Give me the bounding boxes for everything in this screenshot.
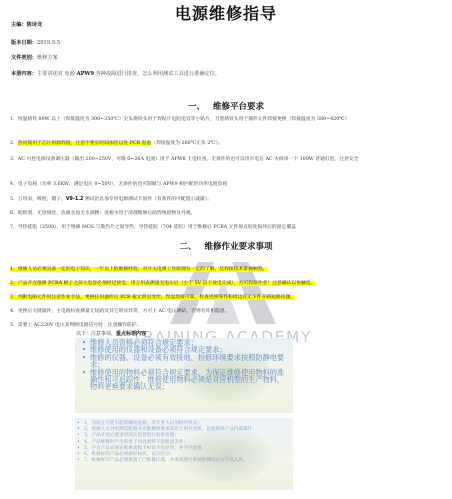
meta-label: 文件类别： [11,55,37,61]
slide-bullet-list: 1、为防止可能引起的触电危险，非专业人员勿拆开机壳； 2、维修人员对电源适配器开… [75,418,293,464]
section-1-item-4: 4、电子负载（功率 3.6KW，满足电压 0~50V），无条件的也可制做与 AP… [10,181,415,188]
section-1-item-7: 7、导热硅脂（2500），用于维修 MOS 与散热片之间导热，导热硅胶（704 … [10,224,415,231]
section-2-item-3: 3、判断电路元件时注意作业手法，更换任何器件后 PCB 板无明显变形，焊盘焊接可… [10,294,295,301]
meta-editor: 主编：陈诗龙 [11,22,42,29]
slide-bullet: 维修的仪器、设备必须有效接地，检修环境要求按照防静电要求； [81,354,287,369]
section-1-item-3: 3、AC 可控电源设备调压器（输出 200~250V，可限 0~20A 电流）用… [10,156,415,163]
section-number: 二、 [179,242,196,252]
meta-label: 本册内容： [11,71,37,77]
document-title: 电源维修指导 [0,1,452,24]
meta-version-date: 版本日期：2019.9.5 [11,40,60,47]
slide-image-precautions: 1、为防止可能引起的触电危险，非专业人员勿拆开机壳； 2、维修人员对电源适配器开… [75,418,293,490]
meta-label: 主编： [11,22,27,28]
section-2-item-5: 5、需要上 AC220V 电压来判断电路信号时；注意操作防护。 [10,322,415,329]
meta-value-bold: APW9 [77,71,94,77]
section-2-item-1: 1、维修人员必须具备一定的电子知识，一年以上的维修经验，对开关电源工作原理有一定… [10,266,267,273]
meta-contents: 本册内容：主要讲述对 电源 APW9 各种故障进行排查，怎么利用测试工具进行准确… [11,71,220,78]
meta-label: 版本日期： [11,40,37,46]
section-2-heading: 二、维修作业要求事项 [0,240,452,252]
section-1-item-2: 2、热风筒用于芯片拆卸焊接，注意不要长时间加热以免 PCB 起泡（焊接温度为 2… [10,140,415,147]
section-2-item-2: 2、产品开壳维修 PCBA 板子之前大电容必须经过放电，用万用表测量无电压后（小… [10,280,315,287]
slide-image-requirements: 维修人员资格必须符合规定要求； 维修使用的仪器和设备必须符合规定要求； 维修的仪… [75,338,293,413]
meta-value-pre: 主要讲述对 电源 [37,71,77,77]
bold-text: V9-1.2 [66,197,84,202]
document-page: 电源维修指导 主编：陈诗龙 版本日期：2019.9.5 文件类别：维修方案 本册… [0,0,452,499]
slide-bullet: 维修使用的物料必须符合规定要求，为保证维修使用物料的准确性和可追踪性，维修使用物… [81,369,287,391]
section-number: 一、 [188,102,205,112]
note-label: 以下：注意事项，重点标语内容 [76,330,146,337]
section-2-item-4: 4、更换后关键器件，主电路检查测量无短路及其它明显异常，方可上 AC 电压测试，… [10,308,415,315]
meta-file-category: 文件类别：维修方案 [11,55,58,62]
meta-value-post: 各种故障进行排查，怎么利用测试工具进行准确定位。 [94,71,220,77]
section-1-item-5: 5、万用表，吸枪，镊子，V9-1.2 测试治具加专用电源测试卡固件（有条件的可配… [10,196,415,203]
meta-value: 维修方案 [37,55,58,61]
slide-bullet-list: 维修人员资格必须符合规定要求； 维修使用的仪器和设备必须符合规定要求； 维修的仪… [75,338,293,391]
section-1-item-6: 6、助焊剂、无铅锡丝，洗板水加无水酒精；洗板水用于清理维修后助焊残留物及外观。 [10,210,415,217]
highlighted-text: 热风筒用于芯片拆卸焊接，注意不要长时间加热以免 PCB 起泡 [18,141,151,146]
slide-bullet: 7、维修好的产品必须放置于已维修区域，并要求进行系统性测试后方可以入库。 [77,458,287,464]
section-title: 维修平台要求 [213,102,264,112]
section-1-item-1: 1、恒温烙铁 80W 以上（焊接温度为 300~350℃）尖头烙铁头用于焊贴片电… [10,116,415,123]
section-title: 维修作业要求事项 [205,242,273,252]
meta-value: 陈诗龙 [27,22,43,28]
section-1-heading: 一、维修平台要求 [0,100,452,112]
meta-value: 2019.9.5 [37,40,60,46]
